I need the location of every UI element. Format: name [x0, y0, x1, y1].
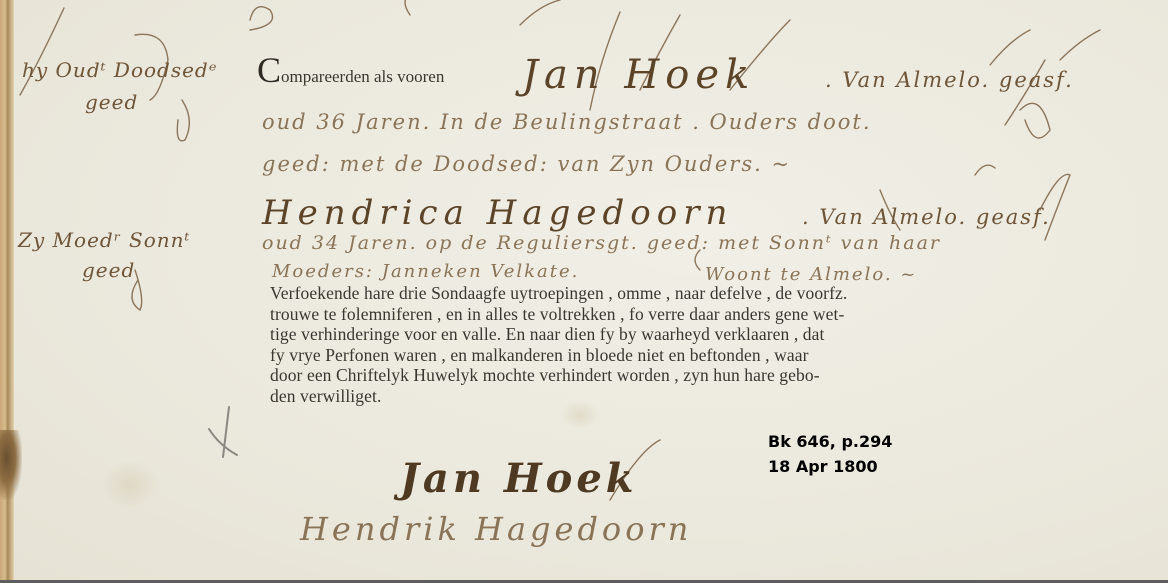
- margin-note-bride-line1: Zy Moedʳ Sonnᵗ: [18, 228, 190, 252]
- printed-line: Verfoekende hare drie Sondaagfe uytroepi…: [270, 283, 847, 304]
- margin-note-bride-line2: geed: [82, 258, 135, 282]
- book-binding-edge: [0, 0, 14, 580]
- printed-heading: Compareerden als vooren: [257, 52, 444, 88]
- dropcap-letter: C: [257, 50, 281, 90]
- book-page-reference: Bk 646, p.294: [768, 429, 892, 454]
- record-date: 18 Apr 1800: [768, 454, 892, 479]
- paper-stain: [100, 460, 160, 510]
- printed-line: trouwe te folemniferen , en in alles te …: [270, 304, 847, 325]
- bride-details-line2: oud 34 Jaren. op de Reguliersgt. geed: m…: [262, 232, 941, 254]
- document-page: hy Oudᵗ Doodsedᵉ geed Zy Moedʳ Sonnᵗ gee…: [0, 0, 1168, 580]
- bride-origin: . Van Almelo. geasf.: [802, 205, 1051, 229]
- printed-body: Verfoekende hare drie Sondaagfe uytroepi…: [270, 283, 847, 406]
- groom-origin: . Van Almelo. geasf.: [825, 68, 1074, 92]
- margin-note-groom-line2: geed: [85, 90, 138, 114]
- bride-residence-note: Woont te Almelo. ~: [705, 264, 917, 285]
- printed-line: tige verhinderinge voor en valle. En naa…: [270, 324, 847, 345]
- bride-signature: Hendrik Hagedoorn: [300, 510, 692, 548]
- groom-signature: Jan Hoek: [400, 455, 638, 502]
- groom-name: Jan Hoek: [522, 52, 755, 98]
- bride-name: Hendrica Hagedoorn: [262, 193, 733, 233]
- groom-details-line2: oud 36 Jaren. In de Beulingstraat . Oude…: [262, 110, 872, 134]
- bride-details-line3: Moeders: Janneken Velkate.: [272, 261, 579, 282]
- printed-line: fy vrye Perfonen waren , en malkanderen …: [270, 345, 847, 366]
- pencil-x-mark-icon: [205, 405, 245, 461]
- printed-line: door een Chriftelyk Huwelyk mochte verhi…: [270, 365, 847, 386]
- printed-line: den verwilliget.: [270, 386, 847, 407]
- margin-note-groom-line1: hy Oudᵗ Doodsedᵉ: [22, 58, 217, 82]
- printed-heading-text: ompareerden als vooren: [281, 67, 444, 86]
- archive-reference-label: Bk 646, p.294 18 Apr 1800: [768, 429, 892, 479]
- groom-details-line3: geed: met de Doodsed: van Zyn Ouders. ~: [262, 152, 791, 176]
